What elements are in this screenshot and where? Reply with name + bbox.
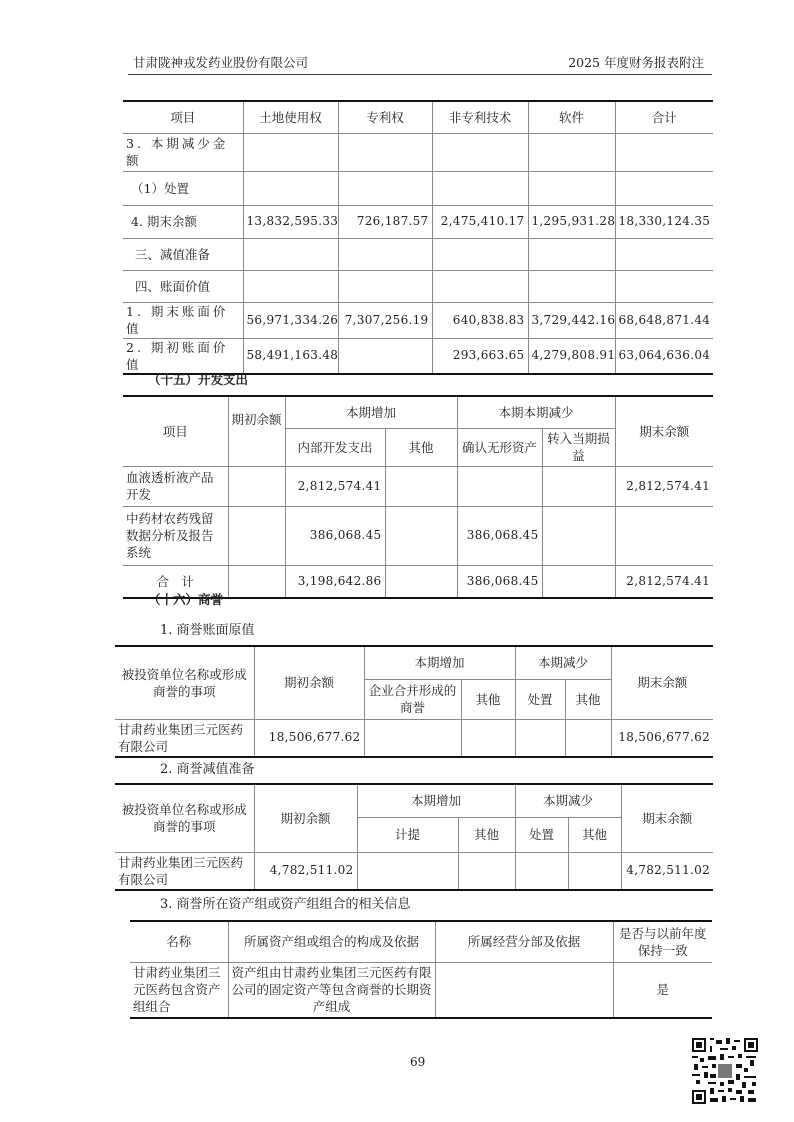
header-divider — [128, 74, 712, 75]
cell-software: 3,729,442.16 — [528, 302, 615, 338]
col-header-decrease: 本期本期减少 — [457, 396, 615, 428]
col-header-closing: 期末余额 — [615, 396, 713, 466]
cell-patent — [338, 270, 432, 302]
col-header-consistent: 是否与以前年度保持一致 — [613, 921, 712, 962]
col-header-increase-other: 其他 — [461, 679, 515, 719]
cell-opening — [228, 466, 285, 506]
col-header-non-patent-tech: 非专利技术 — [432, 101, 528, 133]
cell-land — [243, 171, 338, 205]
cell-total — [615, 133, 713, 171]
subsection-title-goodwill-original: 1. 商誉账面原值 — [160, 619, 255, 638]
col-header-decrease-other: 其他 — [568, 817, 621, 852]
cell-total — [615, 270, 713, 302]
cell-inc-other — [458, 852, 515, 890]
col-header-land-use-rights: 土地使用权 — [243, 101, 338, 133]
col-header-decrease: 本期减少 — [515, 646, 611, 679]
col-header-item: 项目 — [123, 396, 228, 466]
cell-consistent: 是 — [613, 962, 712, 1018]
cell-dec-other — [568, 852, 621, 890]
cell-other — [385, 565, 457, 598]
col-header-disposal: 处置 — [515, 679, 565, 719]
qr-code-icon — [690, 1036, 760, 1106]
row-label: 1. 期末账面价值 — [123, 302, 243, 338]
row-label: 三、减值准备 — [123, 238, 243, 270]
goodwill-original-table: 被投资单位名称或形成商誉的事项 期初余额 本期增加 本期减少 期末余额 企业合并… — [115, 645, 713, 758]
cell-nonpatent: 293,663.65 — [432, 338, 528, 374]
cell-disposal — [515, 852, 568, 890]
section-title-goodwill: （十六）商誉 — [148, 590, 223, 608]
cell-composition: 资产组由甘肃药业集团三元医药有限公司的固定资产等包含商誉的长期资产组成 — [228, 962, 435, 1018]
cell-land: 58,491,163.48 — [243, 338, 338, 374]
goodwill-impairment-table: 被投资单位名称或形成商誉的事项 期初余额 本期增加 本期减少 期末余额 计提 其… — [115, 783, 713, 891]
col-header-merger-goodwill: 企业合并形成的商誉 — [364, 679, 461, 719]
cell-nonpatent — [432, 270, 528, 302]
cell-merger — [364, 719, 461, 757]
intangible-assets-table: 项目 土地使用权 专利权 非专利技术 软件 合计 3. 本期减少金额 （1）处置… — [123, 100, 713, 375]
cell-total: 18,330,124.35 — [615, 205, 713, 238]
cell-land: 13,832,595.33 — [243, 205, 338, 238]
col-header-decrease-other: 其他 — [565, 679, 611, 719]
cell-opening — [228, 506, 285, 565]
cell-disposal — [515, 719, 565, 757]
cell-closing: 18,506,677.62 — [611, 719, 713, 757]
table-row: 血液透析液产品开发 2,812,574.41 2,812,574.41 — [123, 466, 713, 506]
col-header-item: 项目 — [123, 101, 243, 133]
cell-segment — [435, 962, 613, 1018]
table-row: 三、减值准备 — [123, 238, 713, 270]
cell-provision — [357, 852, 458, 890]
cell-recognized: 386,068.45 — [457, 506, 542, 565]
header-company-name: 甘肃陇神戎发药业股份有限公司 — [133, 53, 308, 71]
col-header-internal-dev: 内部开发支出 — [285, 428, 385, 466]
col-header-name: 名称 — [130, 921, 228, 962]
table-row: 中药材农药残留数据分析及报告系统 386,068.45 386,068.45 — [123, 506, 713, 565]
table-row: 甘肃药业集团三元医药包含资产组组合 资产组由甘肃药业集团三元医药有限公司的固定资… — [130, 962, 712, 1018]
col-header-opening: 期初余额 — [254, 646, 364, 719]
col-header-increase-other: 其他 — [385, 428, 457, 466]
cell-software — [528, 133, 615, 171]
cell-opening — [228, 565, 285, 598]
cell-land: 56,971,334.26 — [243, 302, 338, 338]
cell-to-pl — [542, 506, 615, 565]
col-header-software: 软件 — [528, 101, 615, 133]
col-header-name: 被投资单位名称或形成商誉的事项 — [115, 784, 254, 852]
col-header-to-profit-loss: 转入当期损益 — [542, 428, 615, 466]
cell-software — [528, 270, 615, 302]
cell-other — [385, 466, 457, 506]
cell-total — [615, 171, 713, 205]
cell-patent — [338, 133, 432, 171]
row-label: （1）处置 — [123, 171, 243, 205]
section-title-dev-expenditure: （十五）开发支出 — [148, 370, 248, 388]
cell-nonpatent: 640,838.83 — [432, 302, 528, 338]
cell-land — [243, 133, 338, 171]
cell-total — [615, 238, 713, 270]
cell-land — [243, 238, 338, 270]
cell-closing: 2,812,574.41 — [615, 466, 713, 506]
row-label: 中药材农药残留数据分析及报告系统 — [123, 506, 228, 565]
cell-closing: 4,782,511.02 — [621, 852, 713, 890]
col-header-composition: 所属资产组或组合的构成及依据 — [228, 921, 435, 962]
cell-other — [385, 506, 457, 565]
col-header-opening: 期初余额 — [228, 396, 285, 466]
cell-opening: 4,782,511.02 — [254, 852, 357, 890]
row-label: 2. 期初账面价值 — [123, 338, 243, 374]
cell-closing: 2,812,574.41 — [615, 565, 713, 598]
cell-software: 1,295,931.28 — [528, 205, 615, 238]
col-header-disposal: 处置 — [515, 817, 568, 852]
cell-recognized: 386,068.45 — [457, 565, 542, 598]
table-row: 甘肃药业集团三元医药有限公司 4,782,511.02 4,782,511.02 — [115, 852, 713, 890]
col-header-patents: 专利权 — [338, 101, 432, 133]
header-report-title: 2025 年度财务报表附注 — [568, 53, 704, 71]
table-row: 2. 期初账面价值 58,491,163.48 293,663.65 4,279… — [123, 338, 713, 374]
col-header-increase: 本期增加 — [364, 646, 515, 679]
cell-inc-other — [461, 719, 515, 757]
subsection-title-goodwill-asset-group: 3. 商誉所在资产组或资产组组合的相关信息 — [160, 893, 411, 912]
cell-total: 63,064,636.04 — [615, 338, 713, 374]
cell-nonpatent: 2,475,410.17 — [432, 205, 528, 238]
page-number: 69 — [410, 1055, 425, 1069]
cell-patent: 7,307,256.19 — [338, 302, 432, 338]
row-label: 甘肃药业集团三元医药包含资产组组合 — [130, 962, 228, 1018]
table-row: 甘肃药业集团三元医药有限公司 18,506,677.62 18,506,677.… — [115, 719, 713, 757]
cell-patent — [338, 238, 432, 270]
cell-land — [243, 270, 338, 302]
cell-opening: 18,506,677.62 — [254, 719, 364, 757]
cell-total: 68,648,871.44 — [615, 302, 713, 338]
col-header-increase: 本期增加 — [357, 784, 515, 817]
cell-nonpatent — [432, 171, 528, 205]
dev-expenditure-table: 项目 期初余额 本期增加 本期本期减少 期末余额 内部开发支出 其他 确认无形资… — [123, 395, 713, 599]
cell-software: 4,279,808.91 — [528, 338, 615, 374]
cell-internal-dev: 386,068.45 — [285, 506, 385, 565]
table-row: 3. 本期减少金额 — [123, 133, 713, 171]
cell-patent — [338, 171, 432, 205]
cell-software — [528, 171, 615, 205]
row-label: 3. 本期减少金额 — [123, 133, 243, 171]
table-row: 四、账面价值 — [123, 270, 713, 302]
cell-patent — [338, 338, 432, 374]
row-label: 甘肃药业集团三元医药有限公司 — [115, 852, 254, 890]
col-header-closing: 期末余额 — [621, 784, 713, 852]
cell-patent: 726,187.57 — [338, 205, 432, 238]
cell-dec-other — [565, 719, 611, 757]
row-label: 血液透析液产品开发 — [123, 466, 228, 506]
row-label: 4. 期末余额 — [123, 205, 243, 238]
cell-to-pl — [542, 466, 615, 506]
cell-software — [528, 238, 615, 270]
subsection-title-goodwill-impairment: 2. 商誉减值准备 — [160, 758, 255, 777]
col-header-increase-other: 其他 — [458, 817, 515, 852]
col-header-name: 被投资单位名称或形成商誉的事项 — [115, 646, 254, 719]
table-row: 1. 期末账面价值 56,971,334.26 7,307,256.19 640… — [123, 302, 713, 338]
col-header-total: 合计 — [615, 101, 713, 133]
col-header-provision: 计提 — [357, 817, 458, 852]
cell-nonpatent — [432, 133, 528, 171]
cell-recognized — [457, 466, 542, 506]
cell-to-pl — [542, 565, 615, 598]
cell-nonpatent — [432, 238, 528, 270]
cell-internal-dev: 3,198,642.86 — [285, 565, 385, 598]
col-header-segment: 所属经营分部及依据 — [435, 921, 613, 962]
col-header-recognized-intangible: 确认无形资产 — [457, 428, 542, 466]
row-label: 甘肃药业集团三元医药有限公司 — [115, 719, 254, 757]
col-header-increase: 本期增加 — [285, 396, 457, 428]
col-header-opening: 期初余额 — [254, 784, 357, 852]
cell-internal-dev: 2,812,574.41 — [285, 466, 385, 506]
row-label: 四、账面价值 — [123, 270, 243, 302]
col-header-closing: 期末余额 — [611, 646, 713, 719]
table-row: （1）处置 — [123, 171, 713, 205]
cell-closing — [615, 506, 713, 565]
col-header-decrease: 本期减少 — [515, 784, 621, 817]
table-row: 4. 期末余额 13,832,595.33 726,187.57 2,475,4… — [123, 205, 713, 238]
goodwill-asset-group-table: 名称 所属资产组或组合的构成及依据 所属经营分部及依据 是否与以前年度保持一致 … — [130, 920, 712, 1019]
